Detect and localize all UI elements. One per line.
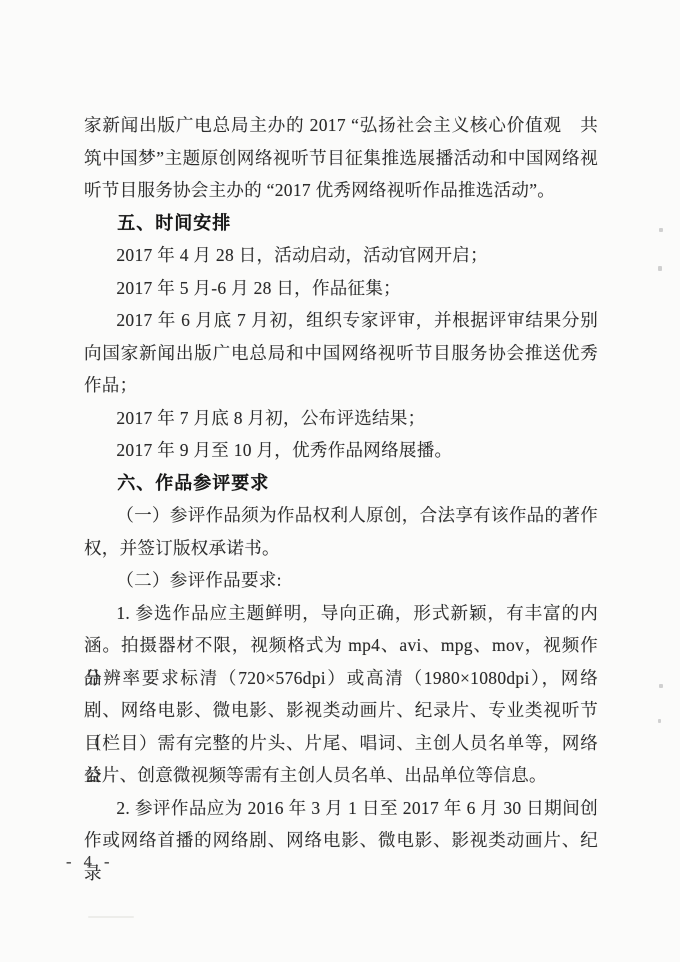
text-line: 1. 参选作品应主题鲜明，导向正确，形式新颖，有丰富的内	[84, 597, 598, 630]
text-line: 权，并签订版权承诺书。	[84, 532, 598, 565]
text-line: 分辨率要求标清（720×576dpi）或高清（1980×1080dpi），网络	[84, 662, 598, 695]
text-line: 筑中国梦”主题原创网络视听节目征集推选展播活动和中国网络视	[84, 142, 598, 175]
document-text-block: 家新闻出版广电总局主办的 2017 “弘扬社会主义核心价值观 共筑中国梦”主题原…	[84, 109, 598, 857]
text-line: （栏目）需有完整的片头、片尾、唱词、主创人员名单等，网络公	[84, 727, 598, 760]
scan-speck	[659, 684, 663, 688]
text-line: 益片、创意微视频等需有主创人员名单、出品单位等信息。	[84, 759, 598, 792]
text-line: 涵。拍摄器材不限，视频格式为 mp4、avi、mpg、mov，视频作品	[84, 629, 598, 662]
text-line: 向国家新闻出版广电总局和中国网络视听节目服务协会推送优秀	[84, 337, 598, 370]
text-line: 听节目服务协会主办的 “2017 优秀网络视听作品推选活动”。	[84, 174, 598, 207]
text-line: 六、作品参评要求	[84, 467, 598, 500]
text-line: 剧、网络电影、微电影、影视类动画片、纪录片、专业类视听节目	[84, 694, 598, 727]
text-line: 2017 年 9 月至 10 月，优秀作品网络展播。	[84, 434, 598, 467]
text-line: 作或网络首播的网络剧、网络电影、微电影、影视类动画片、纪录	[84, 824, 598, 857]
text-line: 作品；	[84, 369, 598, 402]
page-number: - 4 -	[66, 851, 114, 873]
document-page: 家新闻出版广电总局主办的 2017 “弘扬社会主义核心价值观 共筑中国梦”主题原…	[0, 0, 680, 962]
scan-speck	[658, 719, 661, 723]
text-line: 2017 年 7 月底 8 月初，公布评选结果；	[84, 402, 598, 435]
text-line: 2. 参评作品应为 2016 年 3 月 1 日至 2017 年 6 月 30 …	[84, 792, 598, 825]
scan-speck	[659, 228, 663, 232]
text-line: 五、时间安排	[84, 207, 598, 240]
text-line: （二）参评作品要求:	[84, 564, 598, 597]
text-line: 家新闻出版广电总局主办的 2017 “弘扬社会主义核心价值观 共	[84, 109, 598, 142]
text-line: （一）参评作品须为作品权利人原创，合法享有该作品的著作	[84, 499, 598, 532]
text-line: 2017 年 4 月 28 日，活动启动，活动官网开启；	[84, 239, 598, 272]
scan-smudge	[88, 916, 134, 918]
text-line: 2017 年 6 月底 7 月初，组织专家评审，并根据评审结果分别	[84, 304, 598, 337]
scan-speck	[658, 266, 662, 271]
text-line: 2017 年 5 月-6 月 28 日，作品征集；	[84, 272, 598, 305]
